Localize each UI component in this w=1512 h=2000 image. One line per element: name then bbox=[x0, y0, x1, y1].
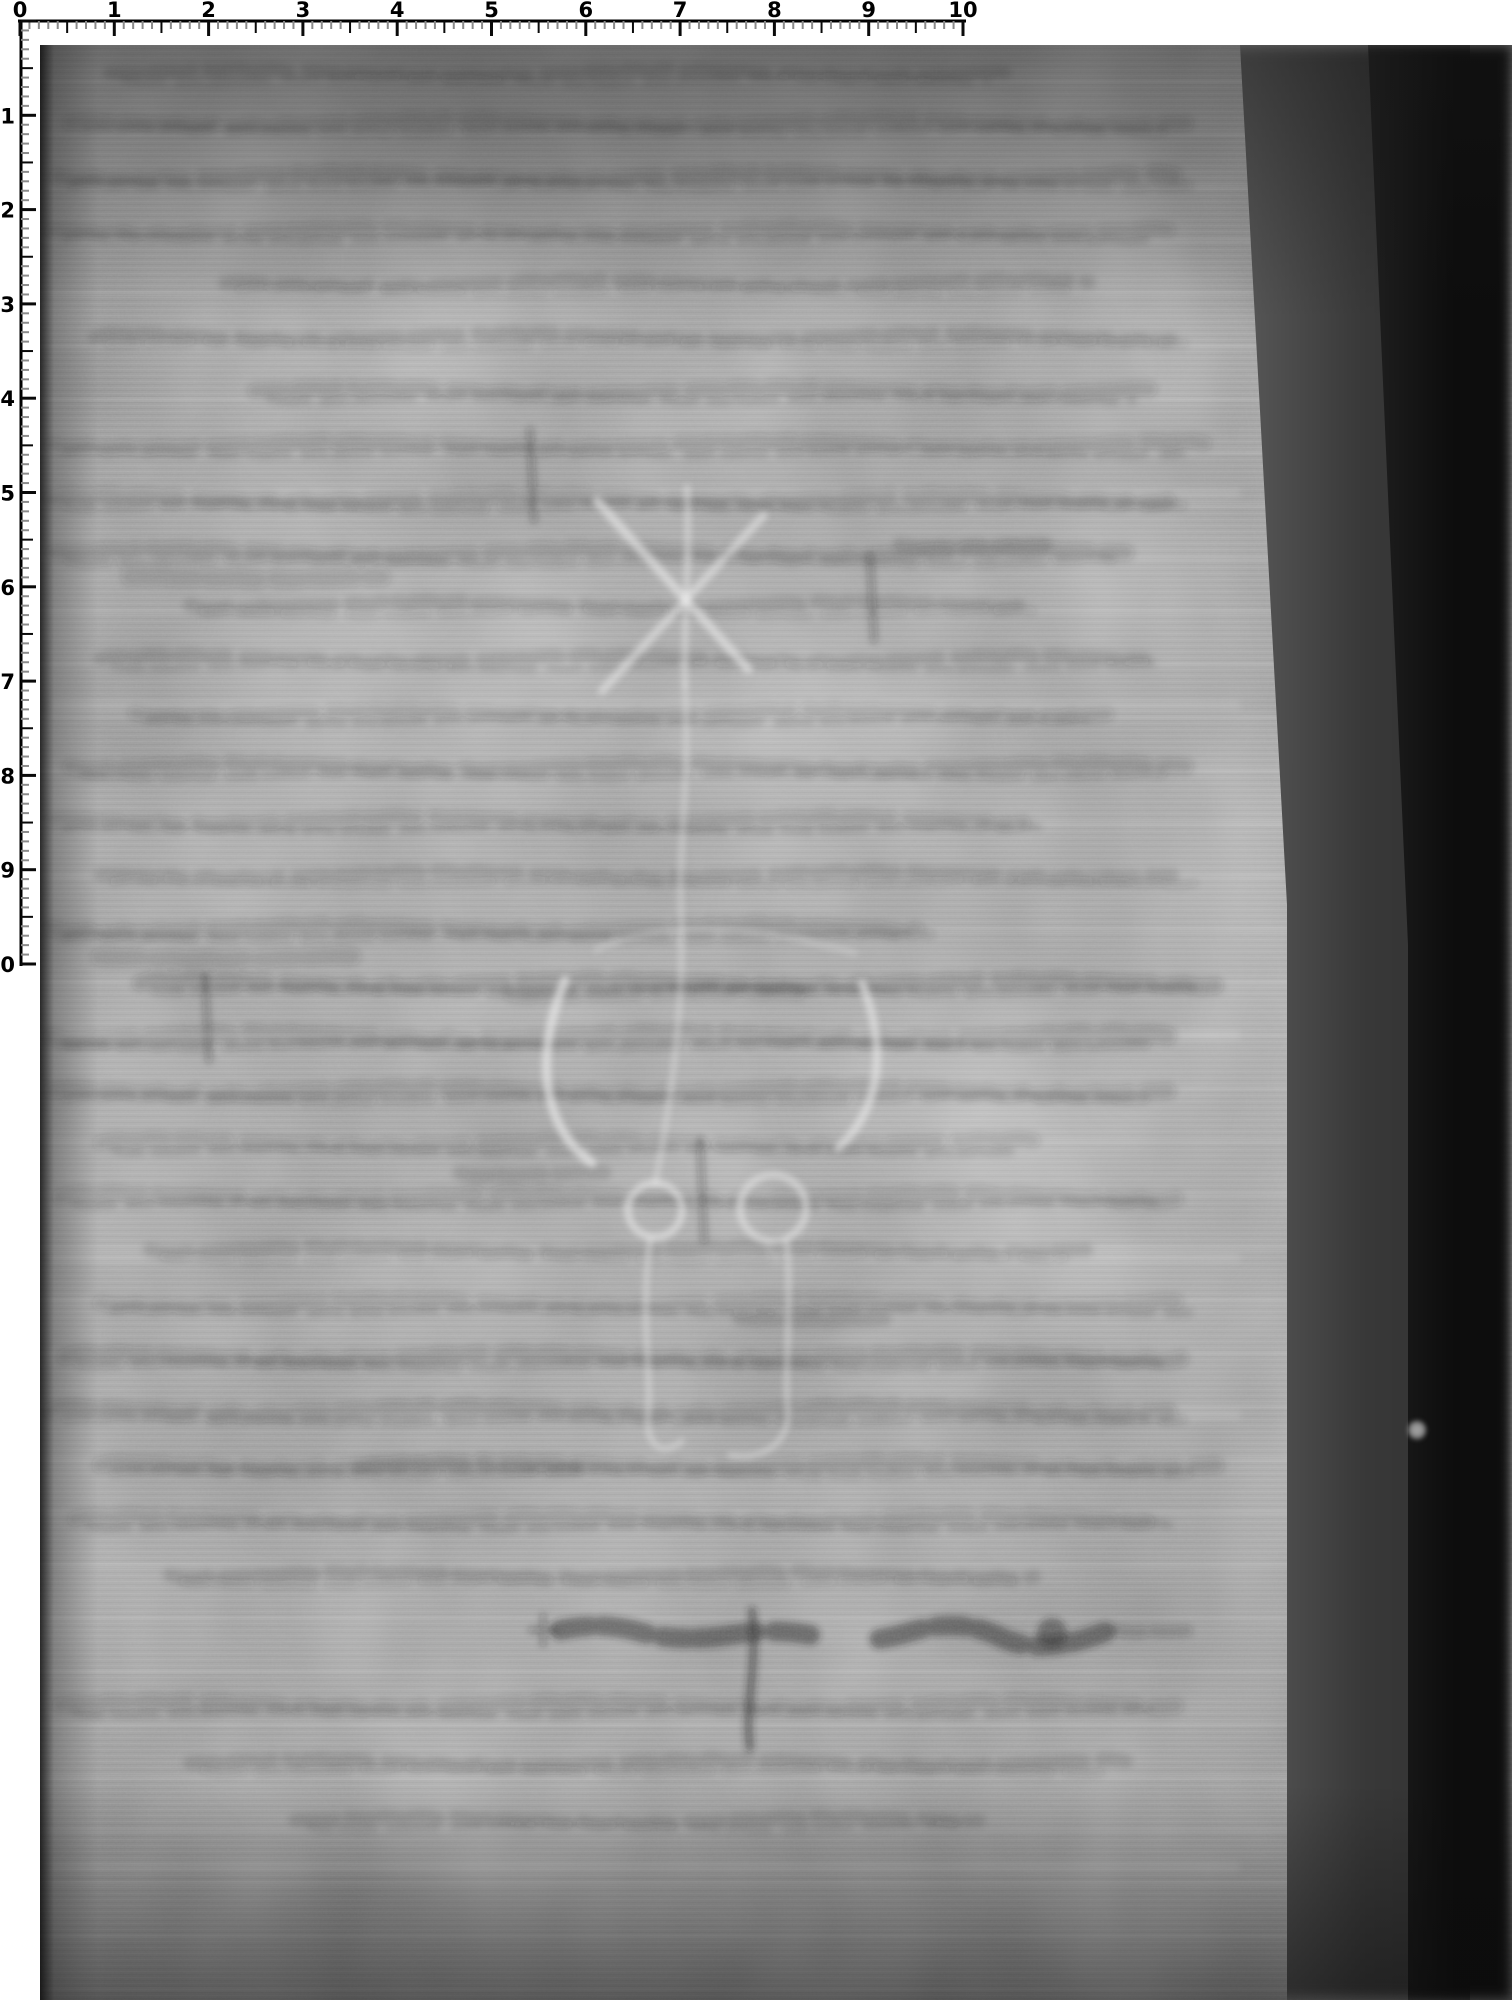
svg-text:8: 8 bbox=[767, 0, 782, 22]
svg-text:9: 9 bbox=[861, 0, 876, 22]
svg-text:1: 1 bbox=[107, 0, 122, 22]
manuscript-page-image bbox=[40, 45, 1512, 2000]
svg-text:1: 1 bbox=[0, 104, 15, 128]
svg-text:9: 9 bbox=[0, 859, 15, 883]
svg-text:2: 2 bbox=[0, 199, 15, 223]
svg-text:2: 2 bbox=[201, 0, 216, 22]
svg-text:7: 7 bbox=[0, 670, 15, 694]
svg-text:7: 7 bbox=[673, 0, 688, 22]
svg-text:3: 3 bbox=[0, 293, 15, 317]
svg-text:6: 6 bbox=[578, 0, 593, 22]
svg-text:5: 5 bbox=[484, 0, 499, 22]
svg-text:10: 10 bbox=[0, 953, 15, 977]
svg-text:4: 4 bbox=[0, 387, 15, 411]
svg-text:4: 4 bbox=[390, 0, 405, 22]
svg-text:6: 6 bbox=[0, 576, 15, 600]
svg-text:3: 3 bbox=[296, 0, 311, 22]
manuscript-scan-viewer: 01234567891012345678910 bbox=[0, 0, 1512, 2000]
left-edge-shadow bbox=[40, 45, 1512, 2000]
svg-text:10: 10 bbox=[948, 0, 977, 22]
svg-text:5: 5 bbox=[0, 482, 15, 506]
svg-text:8: 8 bbox=[0, 764, 15, 788]
svg-text:0: 0 bbox=[13, 0, 28, 22]
